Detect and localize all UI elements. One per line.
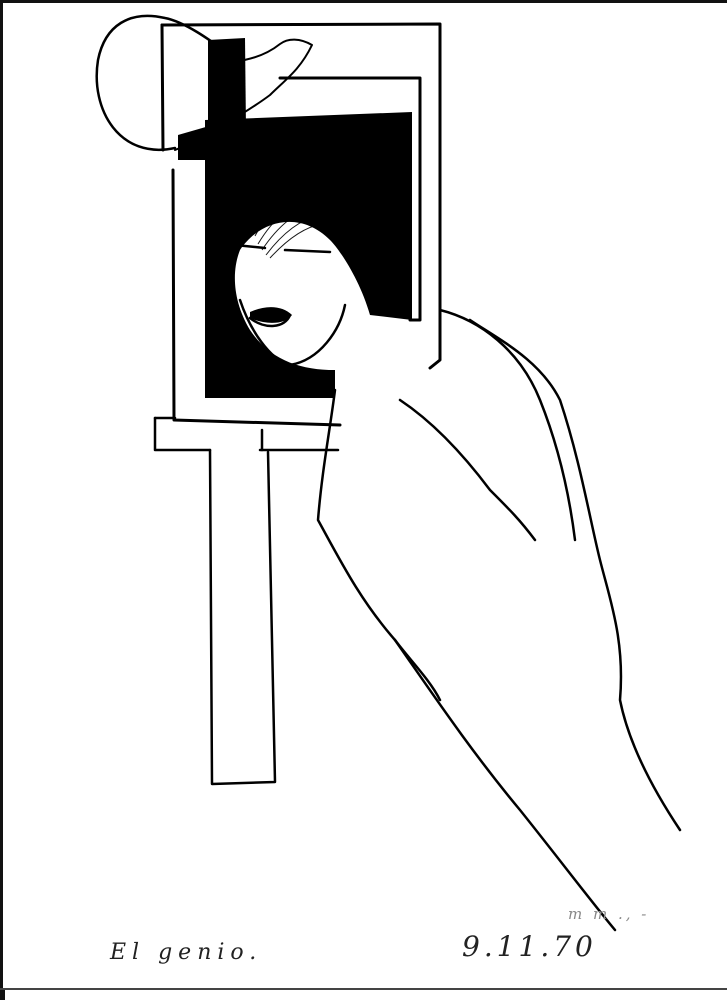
signature: m m ., - <box>568 905 649 923</box>
date-inscription: 9.11.70 <box>462 930 597 963</box>
ink-fills <box>178 38 412 398</box>
paper-sheet: El genio. 9.11.70 m m ., - <box>0 0 727 1000</box>
ink-drawing <box>0 0 727 1000</box>
figure-body <box>318 310 680 930</box>
post <box>155 418 338 784</box>
title-inscription: El genio. <box>110 940 262 965</box>
